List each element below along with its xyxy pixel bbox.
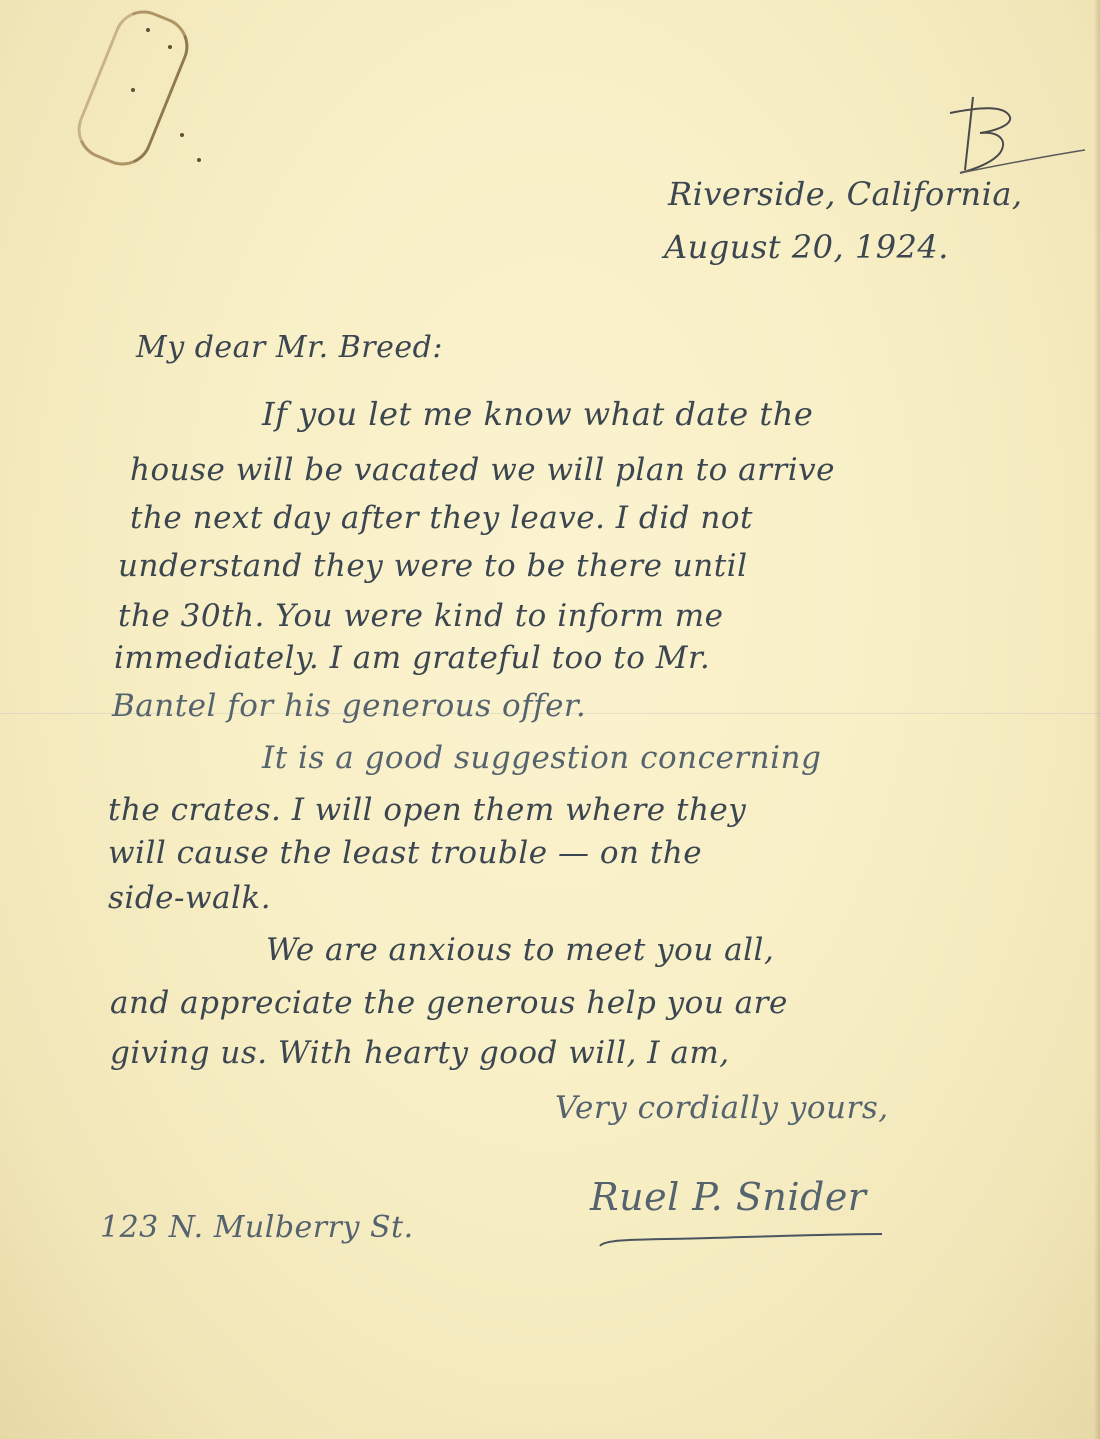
paragraph-2-line-1: It is a good suggestion concerning bbox=[262, 740, 821, 776]
salutation: My dear Mr. Breed: bbox=[136, 330, 443, 365]
paragraph-1-line-5: the 30th. You were kind to inform me bbox=[118, 598, 724, 634]
signature-underline-icon bbox=[590, 1232, 890, 1252]
paragraph-2-line-2: the crates. I will open them where they bbox=[108, 792, 746, 828]
rust-spot bbox=[197, 158, 201, 162]
paragraph-3-line-1: We are anxious to meet you all, bbox=[266, 932, 774, 968]
rust-spot bbox=[180, 133, 184, 137]
return-address: 123 N. Mulberry St. bbox=[100, 1210, 414, 1245]
paragraph-2-line-4: side-walk. bbox=[108, 880, 271, 916]
paragraph-1-line-1: If you let me know what date the bbox=[262, 395, 813, 433]
paragraph-2-line-3: will cause the least trouble — on the bbox=[108, 835, 702, 871]
paragraph-3-line-2: and appreciate the generous help you are bbox=[110, 985, 788, 1021]
paragraph-1-line-4: understand they were to be there until bbox=[118, 548, 748, 584]
paragraph-1-line-7: Bantel for his generous offer. bbox=[112, 688, 586, 724]
closing: Very cordially yours, bbox=[555, 1090, 889, 1126]
paragraph-1-line-6: immediately. I am grateful too to Mr. bbox=[114, 640, 710, 676]
rust-spot bbox=[146, 28, 150, 32]
paragraph-1-line-2: house will be vacated we will plan to ar… bbox=[130, 452, 835, 488]
paragraph-1-line-3: the next day after they leave. I did not bbox=[130, 500, 753, 536]
letter-date: August 20, 1924. bbox=[664, 228, 949, 266]
letter-place: Riverside, California, bbox=[668, 175, 1023, 213]
paragraph-3-line-3: giving us. With hearty good will, I am, bbox=[110, 1035, 730, 1071]
rust-spot bbox=[131, 88, 135, 92]
signature: Ruel P. Snider bbox=[590, 1175, 866, 1219]
letter-paper: Riverside, California, August 20, 1924. … bbox=[0, 0, 1100, 1439]
paper-edge-shadow bbox=[1094, 0, 1100, 1439]
rust-spot bbox=[168, 45, 172, 49]
